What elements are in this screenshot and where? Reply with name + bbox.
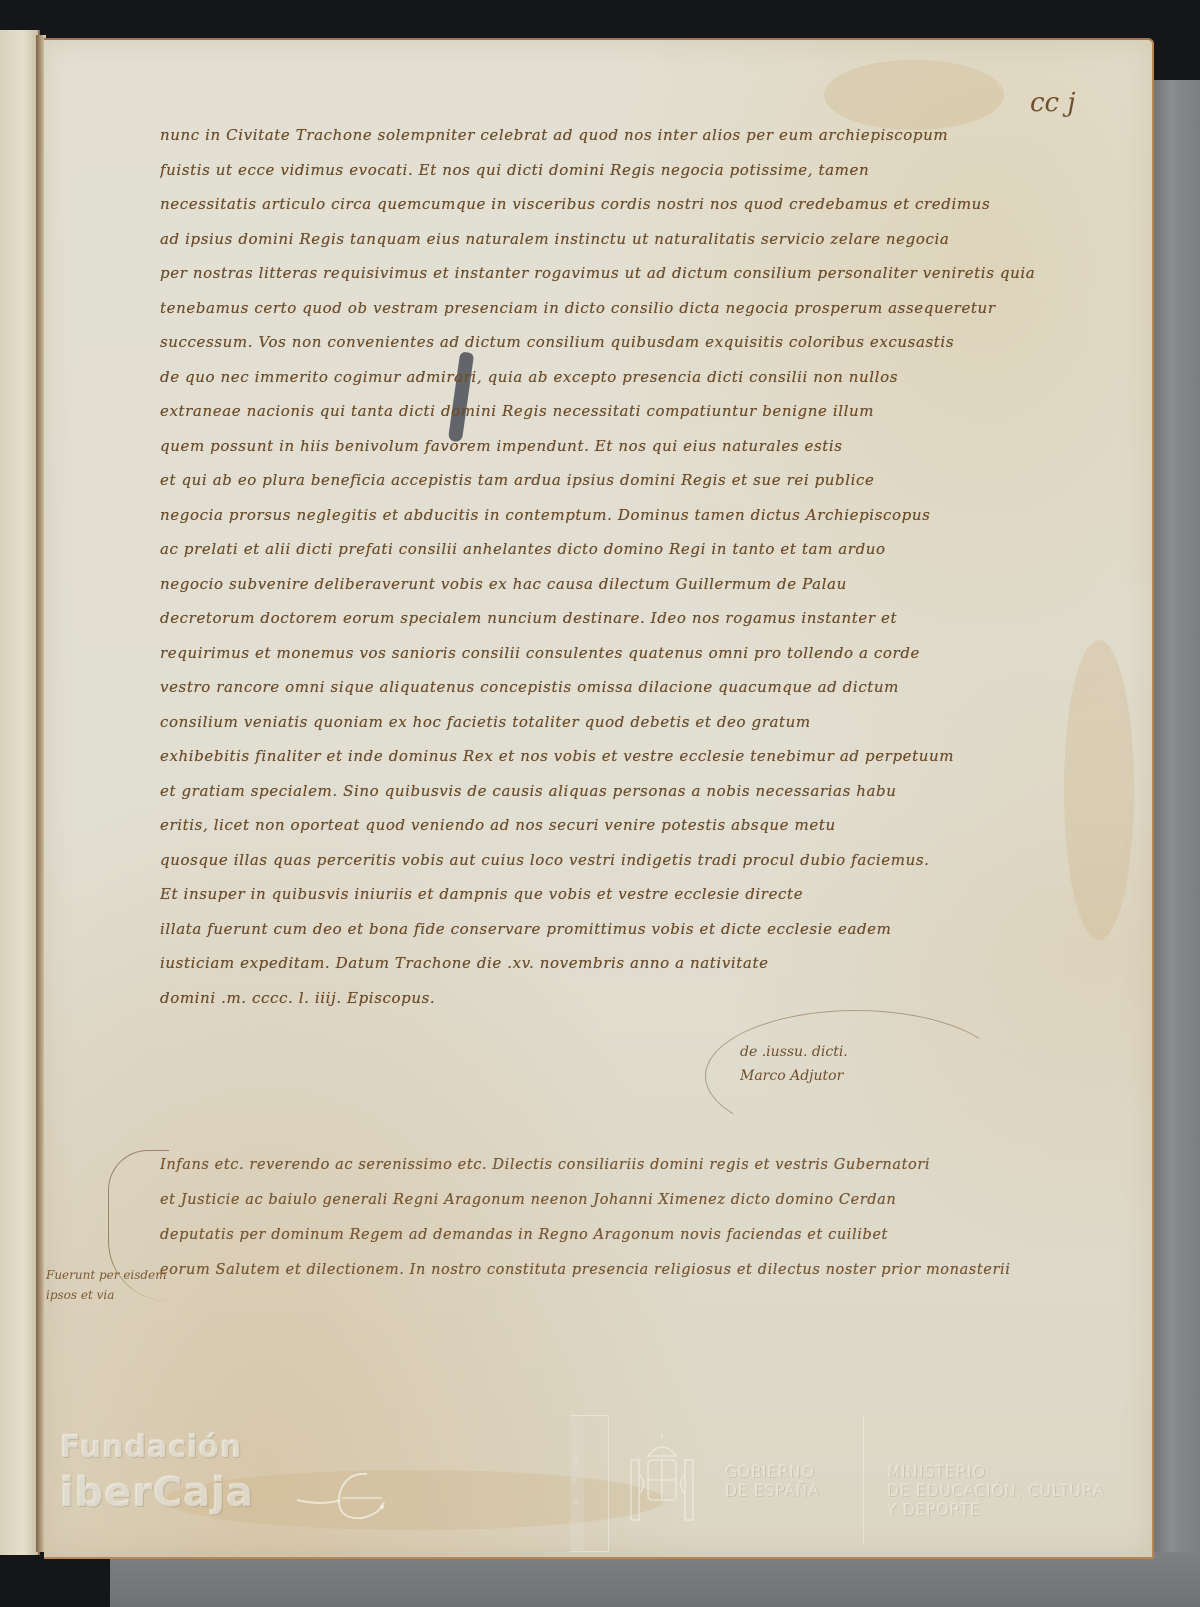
text-line: eorum Salutem et dilectionem. In nostro … (160, 1253, 1080, 1288)
text-line: decretorum doctorem eorum specialem nunc… (160, 601, 1080, 636)
text-line: negocia prorsus neglegitis et abducitis … (160, 498, 1080, 533)
star-icon: ☆ (572, 1455, 580, 1465)
text-line: Infans etc. reverendo ac serenissimo etc… (160, 1148, 1080, 1183)
ibercaja-logo-icon (292, 1462, 392, 1532)
text-line: quosque illas quas perceritis vobis aut … (160, 843, 1080, 878)
text-line: ad ipsius domini Regis tanquam eius natu… (160, 222, 1080, 257)
folio-number: cc j (1030, 88, 1075, 118)
text-line: exhibebitis finaliter et inde dominus Re… (160, 739, 1080, 774)
star-icon: ☆ (572, 1497, 580, 1507)
text-line: et qui ab eo plura beneficia accepistis … (160, 463, 1080, 498)
subscription-line: de .iussu. dicti. (740, 1040, 848, 1064)
scribal-subscription: de .iussu. dicti. Marco Adjutor (740, 1040, 848, 1088)
watermark-gobierno-line: DE ESPAÑA (725, 1481, 820, 1500)
facing-page-edge (0, 30, 40, 1555)
text-line: consilium veniatis quoniam ex hoc faciet… (160, 705, 1080, 740)
star-icon: ☆ (570, 1476, 578, 1486)
watermark-ministerio-line: Y DEPORTE (887, 1500, 1104, 1519)
watermark-ministerio: MINISTERIO DE EDUCACIÓN, CULTURA Y DEPOR… (887, 1462, 1104, 1519)
text-line: de quo nec immerito cogimur admirari, qu… (160, 360, 1080, 395)
text-line: eritis, licet non oporteat quod veniendo… (160, 808, 1080, 843)
text-line: vestro rancore omni sique aliquatenus co… (160, 670, 1080, 705)
watermark-gobierno-line: GOBIERNO (725, 1462, 820, 1481)
text-line: nunc in Civitate Trachone solempniter ce… (160, 118, 1080, 153)
watermark-ibercaja: iberCaja (60, 1470, 254, 1516)
margin-note-line: Fuerunt per eisdem (46, 1265, 167, 1285)
watermark-divider (863, 1415, 864, 1545)
subscription-line: Marco Adjutor (740, 1064, 848, 1088)
watermark-ministerio-line: MINISTERIO (887, 1462, 1104, 1481)
watermark-gobierno: GOBIERNO DE ESPAÑA (725, 1462, 820, 1500)
text-line: tenebamus certo quod ob vestram presenci… (160, 291, 1080, 326)
text-line: illata fuerunt cum deo et bona fide cons… (160, 912, 1080, 947)
watermark-fundacion: Fundación (60, 1430, 242, 1465)
text-line: et gratiam specialem. Sino quibusvis de … (160, 774, 1080, 809)
text-line: ac prelati et alii dicti prefati consili… (160, 532, 1080, 567)
marginal-note: Fuerunt per eisdem ipsos et via (46, 1265, 167, 1305)
text-line: necessitatis articulo circa quemcumque i… (160, 187, 1080, 222)
main-text-block: nunc in Civitate Trachone solempniter ce… (160, 118, 1080, 1015)
text-line: domini .m. cccc. l. iiij. Episcopus. (160, 981, 1080, 1016)
text-line: requirimus et monemus vos sanioris consi… (160, 636, 1080, 671)
text-line: quem possunt in hiis benivolum favorem i… (160, 429, 1080, 464)
text-line: negocio subvenire deliberaverunt vobis e… (160, 567, 1080, 602)
text-line: per nostras litteras requisivimus et ins… (160, 256, 1080, 291)
text-line: Et insuper in quibusvis iniuriis et damp… (160, 877, 1080, 912)
backing-board-bottom (95, 1552, 1200, 1607)
text-line: successum. Vos non convenientes ad dictu… (160, 325, 1080, 360)
second-text-block: Infans etc. reverendo ac serenissimo etc… (160, 1148, 1080, 1288)
text-line: et Justicie ac baiulo generali Regni Ara… (160, 1183, 1080, 1218)
text-line: fuistis ut ecce vidimus evocati. Et nos … (160, 153, 1080, 188)
watermark-ministerio-line: DE EDUCACIÓN, CULTURA (887, 1481, 1104, 1500)
text-line: extraneae nacionis qui tanta dicti domin… (160, 394, 1080, 429)
text-line: iusticiam expeditam. Datum Trachone die … (160, 946, 1080, 981)
backing-board-right (1150, 80, 1200, 1607)
text-line: deputatis per dominum Regem ad demandas … (160, 1218, 1080, 1253)
margin-note-line: ipsos et via (46, 1285, 167, 1305)
coat-of-arms-icon (628, 1434, 696, 1526)
